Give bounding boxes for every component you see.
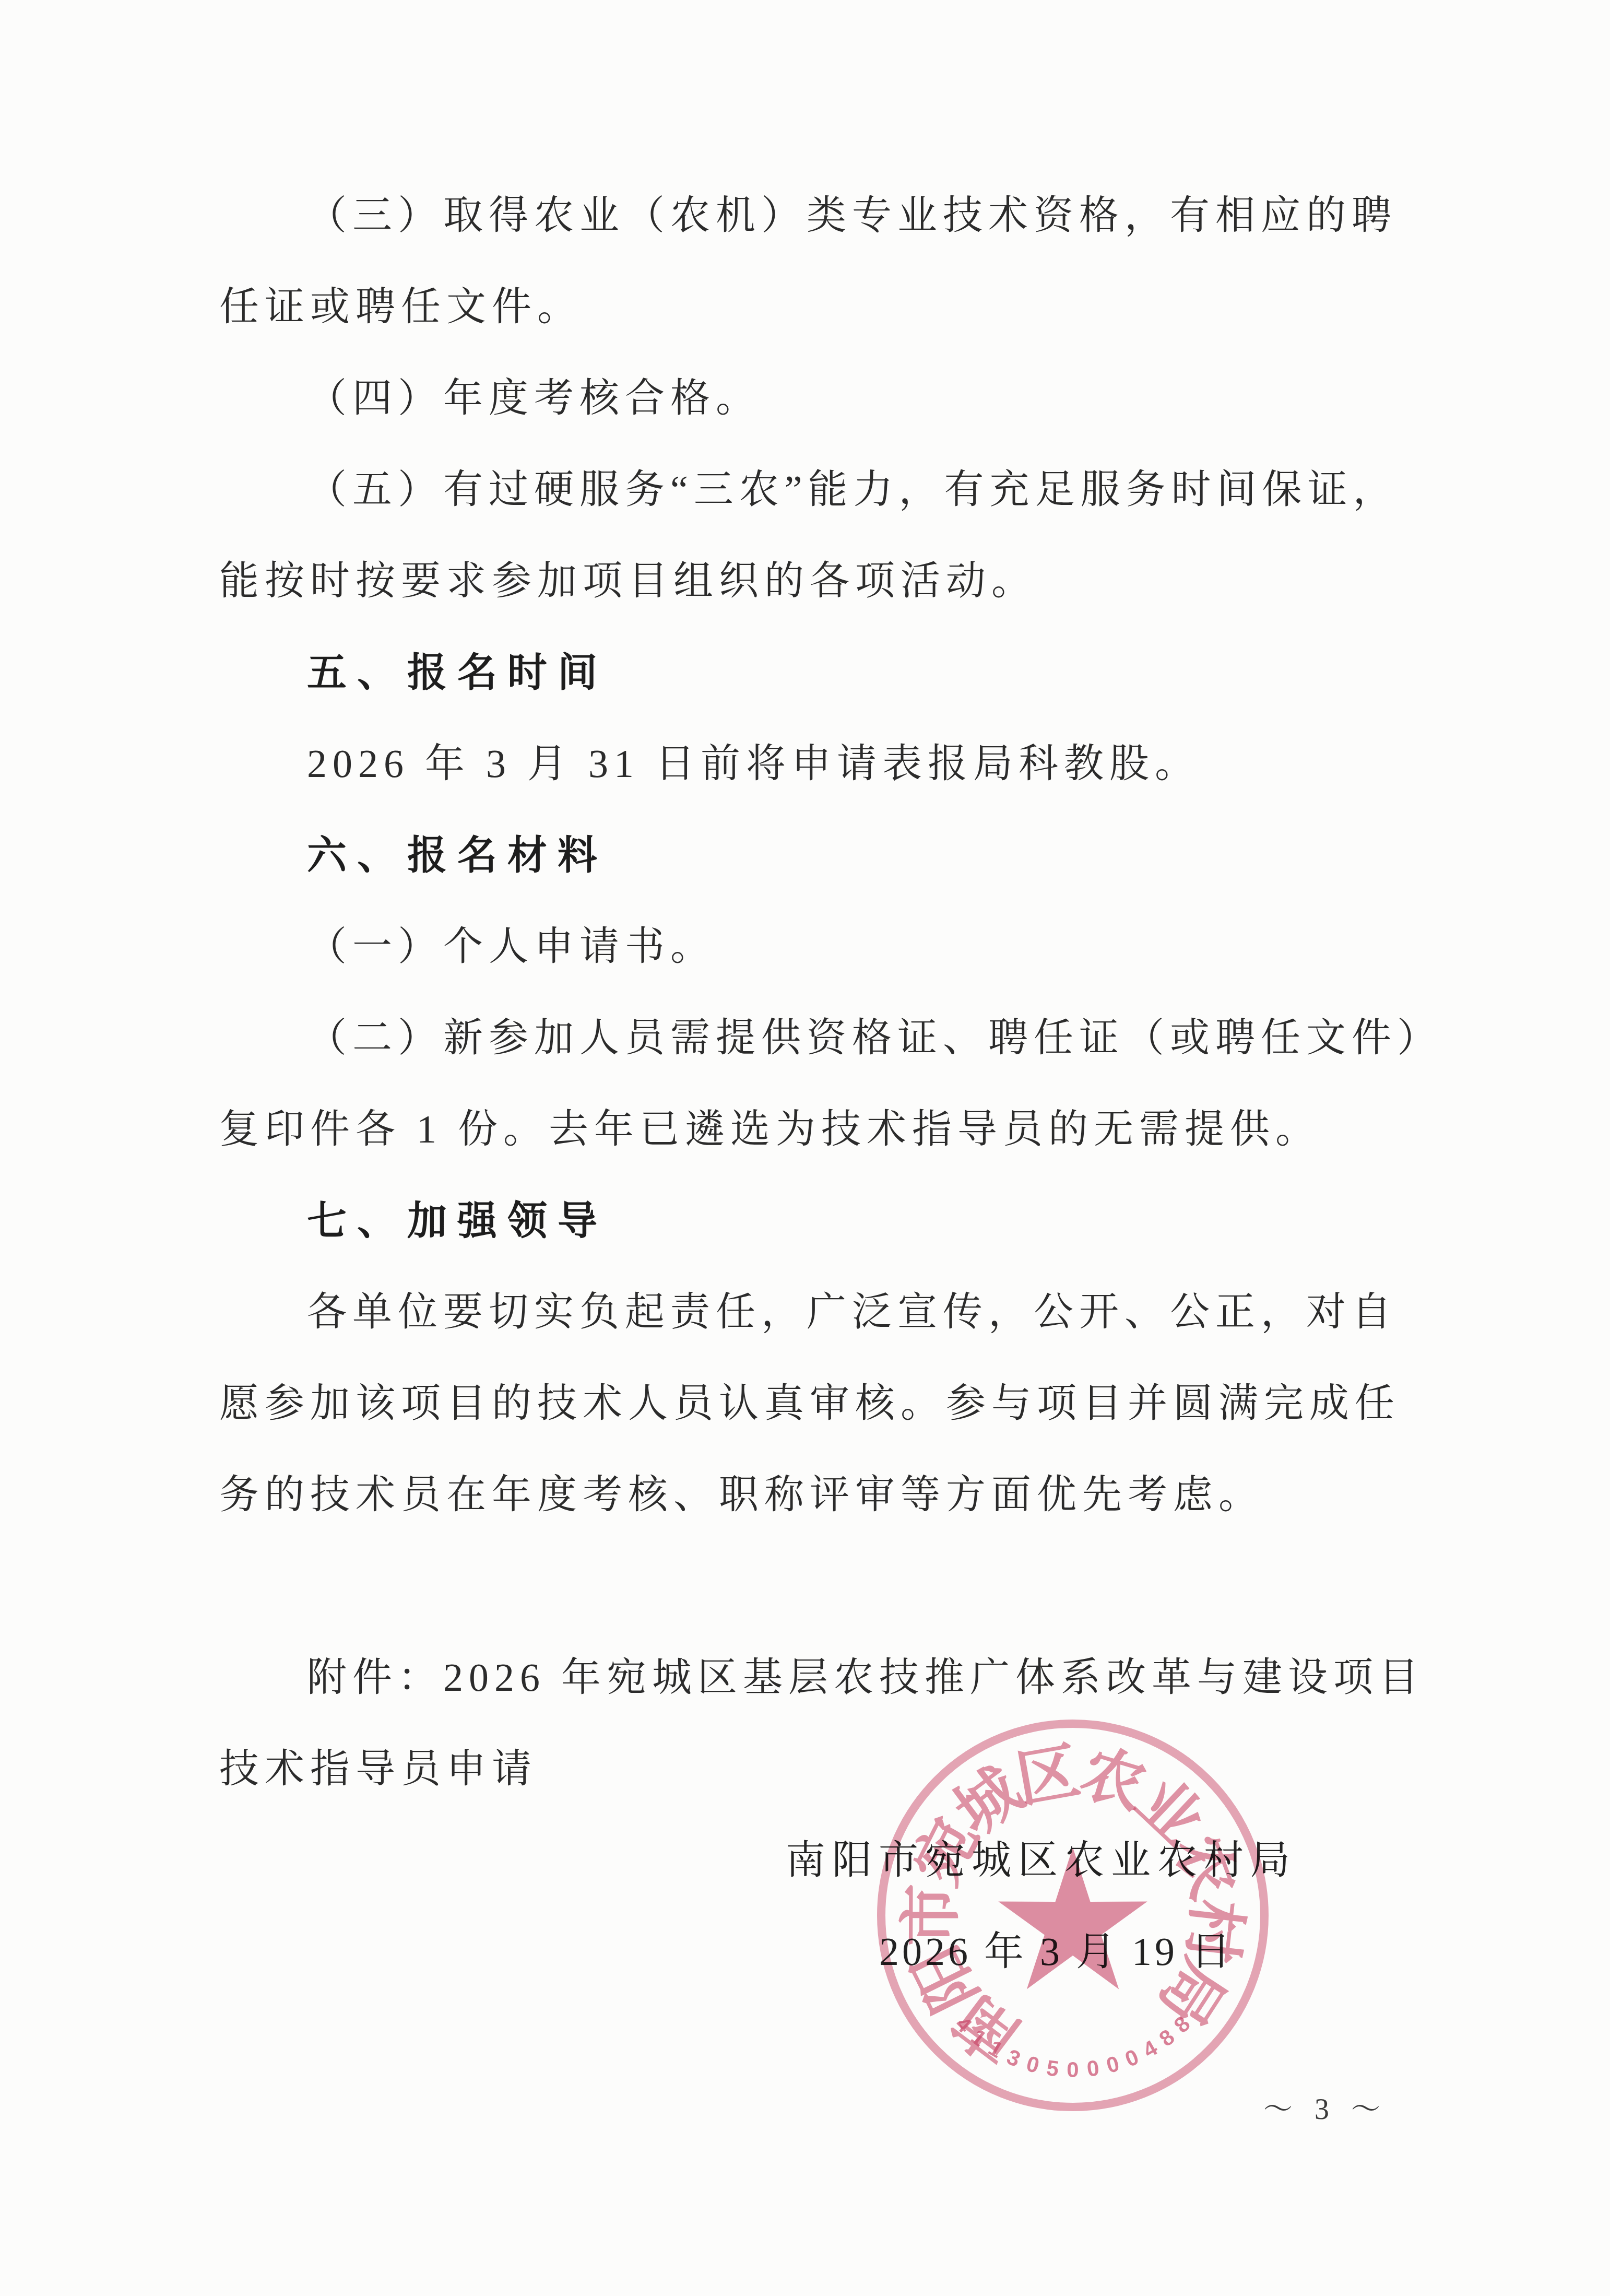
document-line: 2026 年 3 月 31 日前将申请表报局科教股。	[219, 719, 1430, 810]
document-line: 各单位要切实负起责任，广泛宣传，公开、公正，对自	[219, 1267, 1430, 1358]
document-body: （三）取得农业（农机）类专业技术资格，有相应的聘任证或聘任文件。（四）年度考核合…	[219, 170, 1430, 1815]
scanned-document-page: （三）取得农业（农机）类专业技术资格，有相应的聘任证或聘任文件。（四）年度考核合…	[0, 0, 1610, 2296]
document-line: （二）新参加人员需提供资格证、聘任证（或聘任文件）	[219, 993, 1430, 1084]
document-line: （五）有过硬服务“三农”能力，有充足服务时间保证，	[219, 444, 1430, 536]
document-line: （三）取得农业（农机）类专业技术资格，有相应的聘	[219, 170, 1430, 262]
document-line: 技术指导员申请	[219, 1724, 1430, 1815]
document-line: 附件：2026 年宛城区基层农技推广体系改革与建设项目	[219, 1632, 1430, 1724]
official-seal-stamp: 南阳市宛城区农业农村局 4113050000488	[877, 1720, 1269, 2111]
section-heading: 五、报名时间	[219, 627, 1430, 719]
document-line: 务的技术员在年度考核、职称评审等方面优先考虑。	[219, 1450, 1430, 1541]
document-line: （四）年度考核合格。	[219, 353, 1430, 444]
document-line: （一）个人申请书。	[219, 901, 1430, 993]
section-heading: 六、报名材料	[219, 810, 1430, 901]
page-number: ～ 3 ～	[1263, 2086, 1388, 2128]
document-line	[219, 1541, 1430, 1632]
document-line: 任证或聘任文件。	[219, 262, 1430, 353]
document-line: 愿参加该项目的技术人员认真审核。参与项目并圆满完成任	[219, 1358, 1430, 1450]
document-line: 能按时按要求参加项目组织的各项活动。	[219, 536, 1430, 627]
section-heading: 七、加强领导	[219, 1175, 1430, 1267]
document-line: 复印件各 1 份。去年已遴选为技术指导员的无需提供。	[219, 1084, 1430, 1175]
